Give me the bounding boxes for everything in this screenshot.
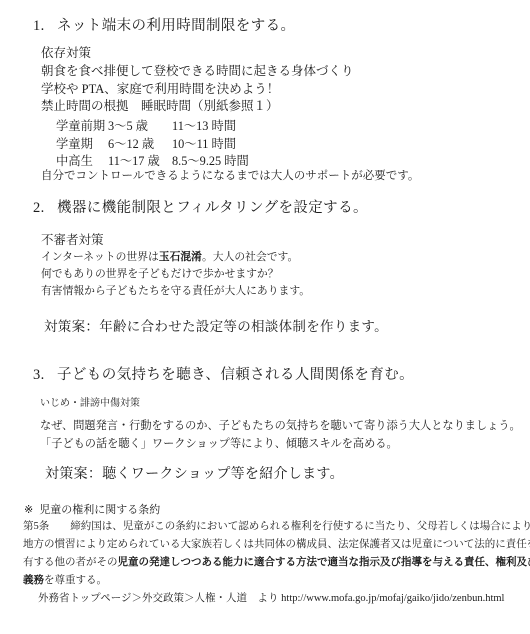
dependence-line-sleep-basis: 禁止時間の根拠 睡眠時間（別紙参照１） xyxy=(41,98,279,114)
suspicious-line-internet-post: 。大人の社会です。 xyxy=(202,251,298,263)
dependence-line-support: 自分でコントロールできるようになるまでは大人のサポートが必要です。 xyxy=(41,169,419,184)
sleep-table-hours: 8.5～9.25 時間 xyxy=(172,154,249,168)
sleep-table-age: 3～5 歳 xyxy=(108,116,172,134)
bullying-topic-label: いじめ・誹謗中傷対策 xyxy=(40,397,140,410)
dependence-topic-label: 依存対策 xyxy=(41,45,91,61)
suspicious-line-responsibility: 有害情報から子どもたちを守る責任が大人にあります。 xyxy=(41,284,310,298)
proposal-1-line: 対策案：年齢に合わせた設定等の相談体制を作ります。 xyxy=(44,318,388,336)
suspicious-line-question: 何でもありの世界を子どもだけで歩かせますか？ xyxy=(41,267,279,281)
sleep-table-group: 中高生 xyxy=(56,151,108,169)
bullying-line-listen: なぜ、問題発言・行動をするのか、子どもたちの気持ちを聴いて寄り添う大人となりまし… xyxy=(40,419,521,434)
bullying-line-workshop: 「子どもの話を聴く」ワークショップ等により、傾聴スキルを高める。 xyxy=(40,437,398,452)
section-3-heading-text: 子どもの気持ちを聴き、信頼される人間関係を育む。 xyxy=(57,367,414,383)
footnote-title: 児童の権利に関する条約 xyxy=(39,504,160,516)
source-citation-line: 外務省トップページ＞外交政策＞人権・人道 より http://www.mofa.… xyxy=(38,592,504,606)
article5-line-4: 義務を尊重する。 xyxy=(23,574,107,588)
section-2-heading: 2.機器に機能制限とフィルタリングを設定する。 xyxy=(33,199,368,218)
article5-line-3-bold: 児童の発達しつつある能力に適合する方法で適当な指示及び指導を与える責任、権利及び xyxy=(118,557,530,568)
sleep-table-row: 中高生11～17 歳8.5～9.25 時間 xyxy=(56,151,249,169)
dependence-line-pta: 学校や PTA、家庭で利用時間を決めよう！ xyxy=(41,81,279,97)
footnote-title-line: ※児童の権利に関する条約 xyxy=(24,503,160,517)
article5-line-4-post: を尊重する。 xyxy=(44,575,107,586)
sleep-table-row: 学童前期3～5 歳11～13 時間 xyxy=(56,116,236,134)
sleep-table-hours: 10～11 時間 xyxy=(172,137,236,151)
sleep-table-group: 学童期 xyxy=(56,134,108,152)
sleep-table-row: 学童期6～12 歳10～11 時間 xyxy=(56,134,236,152)
section-1-number: 1. xyxy=(33,17,57,36)
sleep-table-age: 11～17 歳 xyxy=(108,151,172,169)
sleep-table-group: 学童前期 xyxy=(56,116,108,134)
section-2-heading-text: 機器に機能制限とフィルタリングを設定する。 xyxy=(57,200,368,216)
article5-line-1: 第5条 締約国は、児童がこの条約において認められる権利を行使するに当たり、父母若… xyxy=(23,520,530,534)
section-1-heading: 1.ネット端末の利用時間制限をする。 xyxy=(33,17,295,36)
suspicious-topic-label: 不審者対策 xyxy=(41,232,104,248)
article5-line-4-bold: 義務 xyxy=(23,575,44,586)
article5-line-3: 有する他の者がその児童の発達しつつある能力に適合する方法で適当な指示及び指導を与… xyxy=(23,556,530,570)
suspicious-line-internet-pre: インターネットの世界は xyxy=(41,251,159,263)
article5-line-3-pre: 有する他の者がその xyxy=(23,557,118,568)
proposal-2-line: 対策案：聴くワークショップ等を紹介します。 xyxy=(45,466,344,484)
suspicious-line-internet: インターネットの世界は玉石混淆。大人の社会です。 xyxy=(41,250,298,264)
section-3-heading: 3.子どもの気持ちを聴き、信頼される人間関係を育む。 xyxy=(33,366,414,385)
section-2-number: 2. xyxy=(33,199,57,218)
reference-mark: ※ xyxy=(24,504,33,516)
document-page: 1.ネット端末の利用時間制限をする。 依存対策 朝食を食べ排便して登校できる時間… xyxy=(0,0,530,634)
section-1-heading-text: ネット端末の利用時間制限をする。 xyxy=(57,18,295,34)
suspicious-line-internet-bold: 玉石混淆 xyxy=(159,251,202,263)
article5-line-2: 地方の慣習により定められている大家族若しくは共同体の構成員、法定保護者又は児童に… xyxy=(23,538,530,552)
sleep-table-hours: 11～13 時間 xyxy=(172,119,236,133)
section-3-number: 3. xyxy=(33,366,57,385)
sleep-table-age: 6～12 歳 xyxy=(108,134,172,152)
dependence-line-breakfast: 朝食を食べ排便して登校できる時間に起きる身体づくり xyxy=(41,63,354,79)
